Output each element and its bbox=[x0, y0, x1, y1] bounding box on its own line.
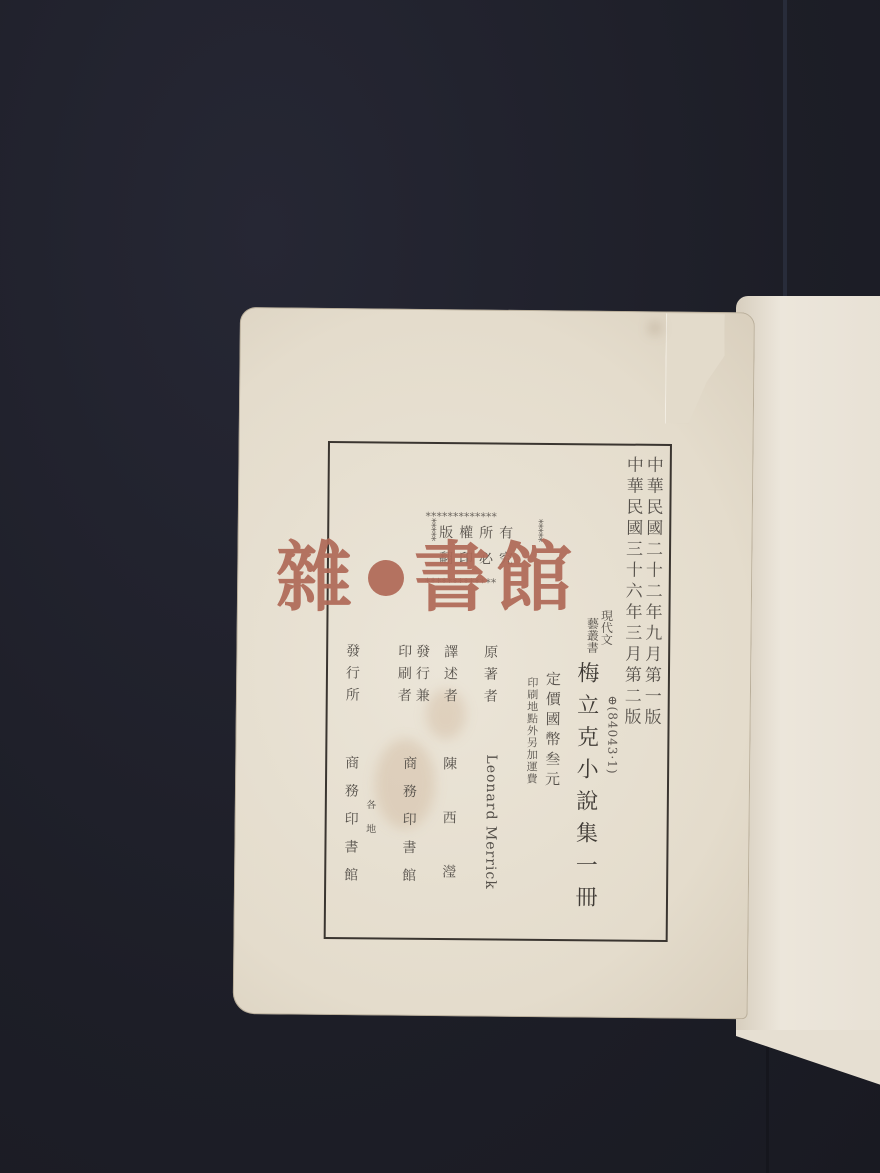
translator-role: 譯述者 bbox=[440, 644, 461, 710]
original-author-role: 原著者 bbox=[480, 644, 501, 710]
cloth-fold-lower bbox=[766, 1035, 769, 1173]
distributor-name: 商務印書館 bbox=[340, 755, 361, 895]
catalog-code: ⊕(84043·1) bbox=[605, 695, 620, 774]
watermark: 雜 書館 bbox=[276, 528, 616, 628]
watermark-text-right: 書館 bbox=[414, 528, 578, 628]
translator-name: 陳西瀅 bbox=[438, 756, 459, 918]
publisher-printer-role-1: 發行兼 bbox=[412, 644, 433, 710]
colophon-frame: 中華民國二十二年九月第一版 中華民國三十六年三月第二版 現代文 藝叢書 梅立克小… bbox=[324, 441, 672, 942]
second-edition-line: 中華民國三十六年三月第二版 bbox=[619, 456, 646, 729]
watermark-dot bbox=[368, 560, 404, 596]
foxing-stain bbox=[650, 323, 660, 333]
book-title: 梅立克小說集一冊 bbox=[569, 661, 602, 917]
watermark-text-left: 雜 bbox=[276, 528, 358, 628]
price: 定價國幣叁元 bbox=[542, 671, 564, 791]
publisher-printer-role-2: 印刷者 bbox=[394, 644, 415, 710]
original-author-name: Leonard Merrick bbox=[482, 754, 499, 889]
torn-paper-flap bbox=[665, 313, 725, 424]
publisher-printer-name: 商務印書館 bbox=[398, 756, 419, 896]
right-page bbox=[736, 296, 880, 1036]
right-page-bottom-edge bbox=[736, 1030, 880, 1090]
price-note: 印刷地點外另加運費 bbox=[523, 677, 540, 785]
cloth-fold bbox=[783, 0, 787, 300]
distributor-note: 各地 bbox=[361, 799, 376, 847]
distributor-role: 發行所 bbox=[342, 643, 363, 709]
